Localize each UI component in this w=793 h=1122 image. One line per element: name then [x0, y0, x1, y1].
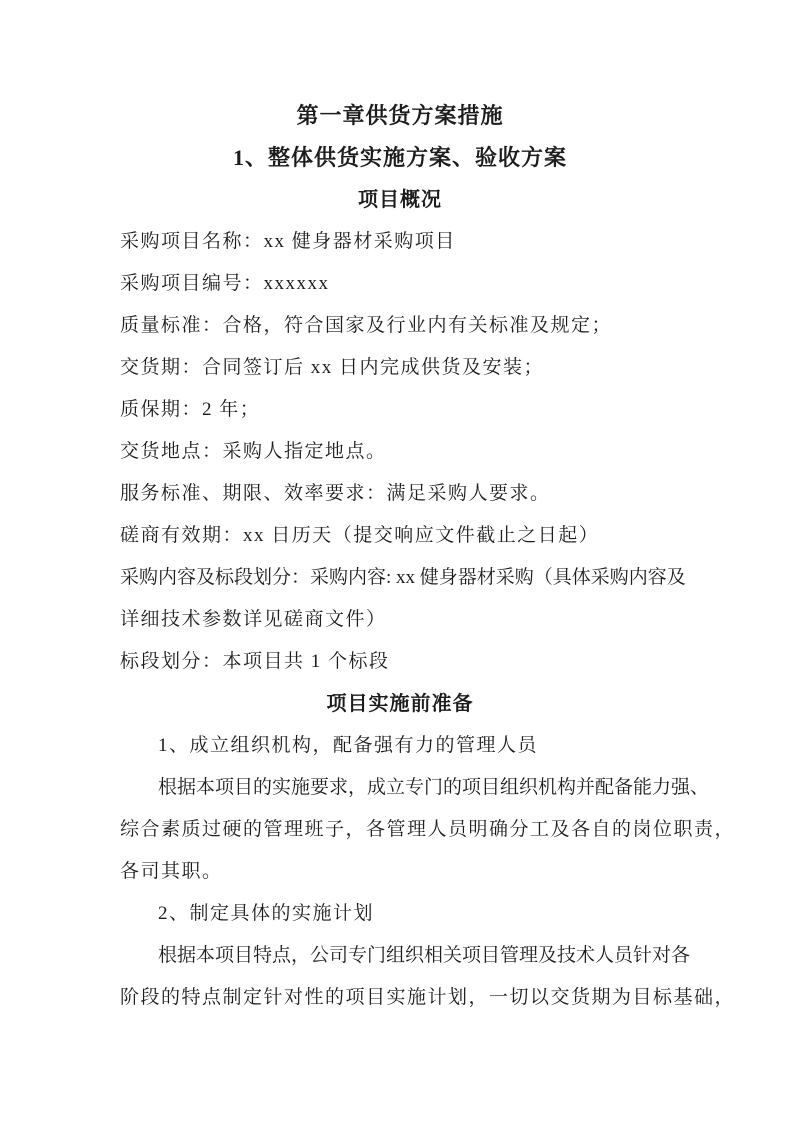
prep-line-para1-cont2: 各司其职。 [120, 851, 680, 893]
overview-line-service: 服务标准、期限、效率要求：满足采购人要求。 [120, 473, 680, 515]
overview-heading: 项目概况 [120, 179, 680, 221]
prep-line-para2-cont1: 阶段的特点制定针对性的项目实施计划，一切以交货期为目标基础， [120, 977, 680, 1019]
chapter-title: 第一章供货方案措施 [120, 95, 680, 137]
overview-line-project-number: 采购项目编号：xxxxxx [120, 263, 680, 305]
prep-heading: 项目实施前准备 [120, 683, 680, 725]
overview-line-project-name: 采购项目名称：xx 健身器材采购项目 [120, 221, 680, 263]
overview-line-lots: 标段划分：本项目共 1 个标段 [120, 641, 680, 683]
prep-line-para1: 根据本项目的实施要求，成立专门的项目组织机构并配备能力强、 [120, 767, 680, 809]
overview-line-warranty: 质保期：2 年； [120, 389, 680, 431]
overview-line-content-cont: 详细技术参数详见磋商文件） [120, 599, 680, 641]
prep-line-item2: 2、制定具体的实施计划 [120, 893, 680, 935]
overview-line-delivery-place: 交货地点：采购人指定地点。 [120, 431, 680, 473]
prep-line-para2: 根据本项目特点，公司专门组织相关项目管理及技术人员针对各 [120, 935, 680, 977]
prep-line-para1-cont1: 综合素质过硬的管理班子，各管理人员明确分工及各自的岗位职责， [120, 809, 680, 851]
document-page: 第一章供货方案措施 1、整体供货实施方案、验收方案 项目概况 采购项目名称：xx… [0, 0, 793, 1122]
overview-line-content: 采购内容及标段划分：采购内容: xx 健身器材采购（具体采购内容及 [120, 557, 680, 599]
overview-line-delivery-term: 交货期：合同签订后 xx 日内完成供货及安装； [120, 347, 680, 389]
overview-line-quality: 质量标准：合格，符合国家及行业内有关标准及规定； [120, 305, 680, 347]
prep-line-item1: 1、成立组织机构，配备强有力的管理人员 [120, 725, 680, 767]
section-title: 1、整体供货实施方案、验收方案 [120, 137, 680, 179]
overview-line-validity: 磋商有效期：xx 日历天（提交响应文件截止之日起） [120, 515, 680, 557]
